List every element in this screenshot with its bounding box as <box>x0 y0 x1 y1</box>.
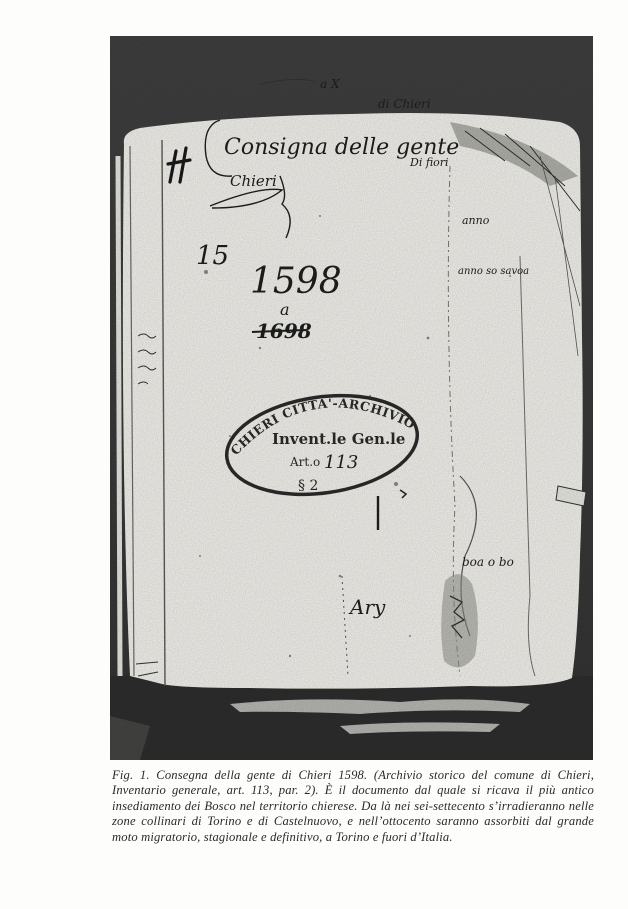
document-cover-illustration: Consigna delle gente Chieri 15 1598 a 16… <box>110 36 593 760</box>
archival-document-photo: Consigna delle gente Chieri 15 1598 a 16… <box>110 36 593 760</box>
figure-caption: Fig. 1. Consegna della gente di Chieri 1… <box>112 768 594 845</box>
